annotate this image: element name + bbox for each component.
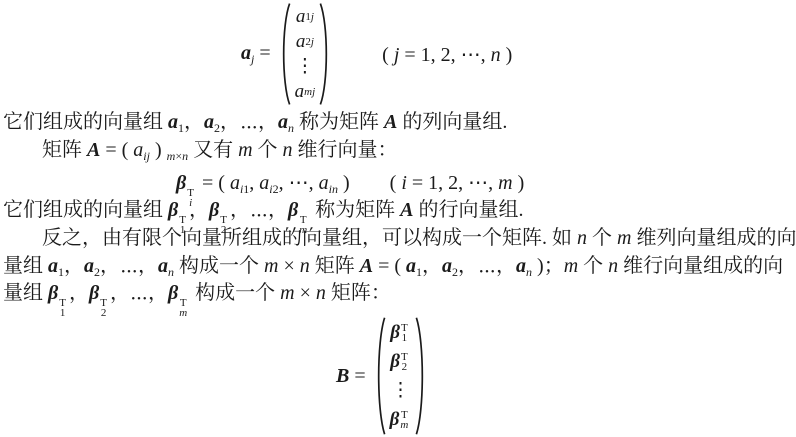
- right-paren-icon: [319, 2, 332, 106]
- text-run: a: [259, 172, 269, 194]
- text-run: ，: [100, 255, 120, 277]
- text-run: β: [390, 351, 400, 373]
- text-run: ，: [110, 282, 130, 304]
- text-run: A: [360, 255, 373, 277]
- text-run: m: [564, 255, 578, 277]
- text-run: ，: [189, 199, 209, 221]
- text-run: n: [608, 255, 618, 277]
- matrix-row-vdots: ⋮: [295, 54, 316, 79]
- text-run: ⋯: [478, 255, 496, 277]
- sup-sub-stack: T2: [100, 298, 107, 318]
- text-run: 它们组成的向量组: [3, 111, 168, 133]
- text-run: 维行向量：: [293, 139, 398, 161]
- text-run: 矩阵: [310, 255, 360, 277]
- text-run: a: [204, 111, 214, 133]
- text-run: ⋯: [250, 199, 268, 221]
- matrix-row: a2j: [295, 29, 316, 54]
- paragraph-converse-line1: 反之，由有限个向量所组成的向量组，可以构成一个矩阵. 如 n 个 m 维列向量组…: [42, 226, 796, 250]
- text-run: a: [442, 255, 452, 277]
- text-line-rowvector-intro: 矩阵 A = ( aij ) m×n 又有 m 个 n 维行向量：: [42, 138, 398, 168]
- sup-sub-stack: T2: [401, 352, 408, 372]
- text-run: 称为矩阵: [294, 111, 384, 133]
- text-run: (: [390, 172, 402, 194]
- text-run: 个: [587, 227, 617, 249]
- text-run: ij: [143, 149, 150, 163]
- text-run: 构成一个: [190, 282, 280, 304]
- text-run: = 1, 2, ⋯,: [407, 172, 498, 194]
- text-run: β: [390, 322, 400, 344]
- text-run: = (: [100, 139, 133, 161]
- textbook-page: { "page": {"background": "#ffffff", "tex…: [0, 0, 796, 437]
- text-run: m: [304, 86, 312, 98]
- text-run: ，: [458, 255, 478, 277]
- text-run: = (: [373, 255, 406, 277]
- text-run: a: [48, 255, 58, 277]
- text-run: m: [280, 282, 294, 304]
- text-run: ): [150, 139, 167, 161]
- text-run: 矩阵：: [326, 282, 391, 304]
- left-paren-icon: [278, 2, 291, 106]
- text-run: m: [617, 227, 631, 249]
- text-run: n: [491, 44, 501, 66]
- text-run: ，: [496, 255, 516, 277]
- text-run: m: [238, 139, 252, 161]
- text-run: m: [264, 255, 278, 277]
- text-run: a: [84, 255, 94, 277]
- text-run: a: [406, 255, 416, 277]
- matrix-row: βT1: [390, 318, 412, 347]
- text-run: 矩阵: [42, 139, 87, 161]
- text-run: ⋯: [120, 255, 138, 277]
- text-run: 构成一个: [174, 255, 264, 277]
- text-run: β: [390, 409, 400, 431]
- text-run: a: [295, 81, 305, 103]
- text-run: a: [133, 139, 143, 161]
- formula-lhs: B =: [336, 365, 371, 388]
- text-run: 量组: [3, 255, 48, 277]
- matrix-row: amj: [295, 79, 316, 104]
- text-run: 量组: [3, 282, 48, 304]
- text-run: 个: [253, 139, 283, 161]
- text-run: ): [338, 172, 350, 194]
- text-run: A: [400, 199, 413, 221]
- formula-matrix-B-def: B = βT1 βT2 ⋮ βTm: [336, 316, 430, 436]
- text-run: =: [349, 365, 370, 387]
- text-run: ): [532, 255, 544, 277]
- paragraph-converse-line2: 量组 a1，a2，⋯，an 构成一个 m × n 矩阵 A = ( a1，a2，…: [3, 254, 783, 284]
- text-run: 的列向量组.: [397, 111, 507, 133]
- matrix-row: a1j: [295, 4, 316, 29]
- text-run: ×: [278, 255, 299, 277]
- matrix-row: βTm: [390, 405, 412, 434]
- text-run: n: [300, 255, 310, 277]
- text-run: ，: [268, 199, 288, 221]
- sup-sub-stack: T1: [59, 298, 66, 318]
- text-run: ,: [249, 172, 259, 194]
- sup-sub-stack: Tm: [179, 298, 187, 318]
- column-vector-matrix: a1j a2j ⋮ amj: [278, 2, 333, 106]
- formula-column-vector-def: aj = a1j a2j ⋮ amj ( j = 1, 2, ⋯, n ): [241, 2, 512, 106]
- text-run: j: [312, 86, 315, 98]
- text-line-column-group: 它们组成的向量组 a1，a2，⋯，an 称为矩阵 A 的列向量组.: [3, 110, 507, 140]
- text-run: ×: [295, 282, 316, 304]
- text-run: j: [311, 36, 314, 48]
- text-run: A: [87, 139, 100, 161]
- text-run: j: [311, 11, 314, 23]
- matrix-entries: βT1 βT2 ⋮ βTm: [386, 316, 416, 436]
- formula-lhs: aj =: [241, 42, 276, 67]
- text-run: ⋯: [240, 111, 258, 133]
- sup-sub-stack: T1: [401, 323, 408, 343]
- text-run: ，: [422, 255, 442, 277]
- text-run: a: [516, 255, 526, 277]
- paragraph-converse-line3: 量组 βT1，βT2，⋯，βTm 构成一个 m × n 矩阵：: [3, 281, 391, 318]
- row-vector-matrix: βT1 βT2 ⋮ βTm: [373, 316, 429, 436]
- text-run: 维列向量组成的向: [631, 227, 796, 249]
- text-run: ，: [64, 255, 84, 277]
- text-run: ⋯: [130, 282, 148, 304]
- text-run: a: [296, 6, 306, 28]
- text-run: β: [168, 282, 178, 304]
- text-run: a: [158, 255, 168, 277]
- text-run: 维行向量组成的向: [618, 255, 783, 277]
- text-run: n: [577, 227, 587, 249]
- matrix-row-vdots: ⋮: [390, 376, 412, 405]
- text-run: ，: [69, 282, 89, 304]
- text-run: ；: [544, 255, 564, 277]
- text-run: ): [513, 172, 525, 194]
- matrix-row: βT2: [390, 347, 412, 376]
- text-run: 的行向量组.: [414, 199, 524, 221]
- text-run: β: [48, 282, 58, 304]
- text-run: ⋮: [295, 55, 314, 78]
- text-run: ，: [184, 111, 204, 133]
- text-run: ): [501, 44, 513, 66]
- text-run: , ⋯,: [279, 172, 319, 194]
- text-run: a: [319, 172, 329, 194]
- text-run: = (: [197, 172, 230, 194]
- text-run: 称为矩阵: [310, 199, 400, 221]
- text-run: 又有: [188, 139, 238, 161]
- text-run: 反之，由有限个向量所组成的向量组，可以构成一个矩阵. 如: [42, 227, 577, 249]
- text-run: ，: [258, 111, 278, 133]
- text-run: n: [283, 139, 293, 161]
- text-run: n: [316, 282, 326, 304]
- text-run: [350, 172, 390, 194]
- text-run: ⋮: [391, 379, 410, 402]
- text-run: A: [384, 111, 397, 133]
- text-run: a: [296, 31, 306, 53]
- text-run: m: [498, 172, 512, 194]
- text-run: ，: [138, 255, 158, 277]
- text-run: =: [254, 42, 275, 64]
- left-paren-icon: [373, 316, 386, 436]
- formula-condition: ( j = 1, 2, ⋯, n ): [382, 42, 512, 67]
- text-run: ，: [230, 199, 250, 221]
- text-run: β: [176, 172, 186, 194]
- text-run: β: [209, 199, 219, 221]
- sup-sub-stack: Tm: [400, 410, 408, 430]
- matrix-entries: a1j a2j ⋮ amj: [291, 2, 320, 106]
- text-run: a: [241, 42, 251, 64]
- text-run: 个: [578, 255, 608, 277]
- text-run: a: [230, 172, 240, 194]
- text-run: 它们组成的向量组: [3, 199, 168, 221]
- text-run: m: [167, 149, 176, 163]
- text-run: a: [278, 111, 288, 133]
- text-run: = 1, 2, ⋯,: [399, 44, 490, 66]
- text-run: ，: [148, 282, 168, 304]
- text-run: β: [288, 199, 298, 221]
- text-run: a: [168, 111, 178, 133]
- right-paren-icon: [415, 316, 428, 436]
- text-run: B: [336, 365, 349, 387]
- text-run: β: [89, 282, 99, 304]
- text-run: (: [382, 44, 394, 66]
- text-run: ，: [220, 111, 240, 133]
- text-run: in: [329, 182, 338, 196]
- text-run: β: [168, 199, 178, 221]
